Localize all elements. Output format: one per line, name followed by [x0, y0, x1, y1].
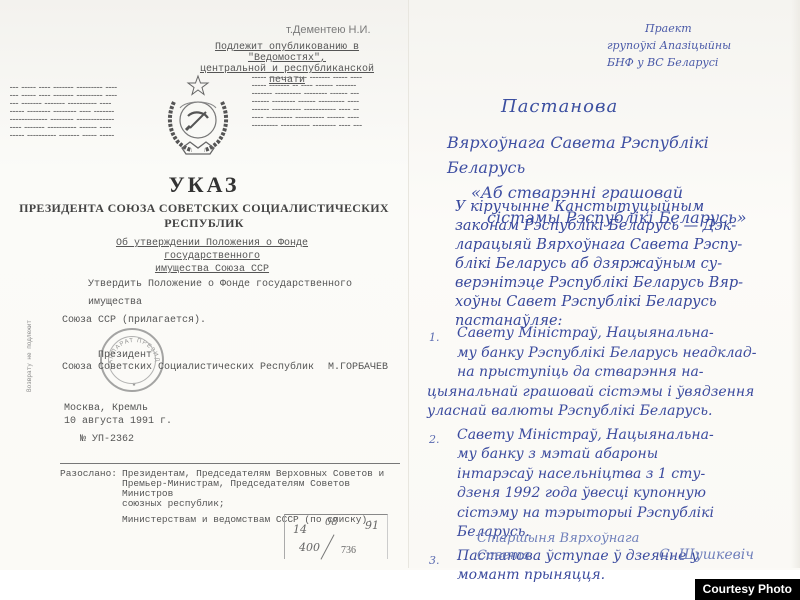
item-line: сістэму на тэрыторыі Рэспублікі [457, 504, 714, 524]
distribution-item: союзных республик; [122, 499, 400, 509]
preamble-line: блікі Беларусь аб дзяржаўным су- [455, 255, 743, 274]
date: 10 августа 1991 г. [64, 415, 172, 428]
item-line: момант прыняцця. [457, 566, 699, 586]
signatory-org: Союза Советских Социалистических Республ… [62, 362, 314, 374]
signoff-signature: С. Шушкевіч [659, 547, 754, 563]
decree-subtitle: ПРЕЗИДЕНТА СОЮЗА СОВЕТСКИХ СОЦИАЛИСТИЧЕС… [0, 201, 408, 231]
decree-body-line: Союза ССР (прилагается). [62, 315, 206, 326]
preamble-line: У кіручынне Канстытуцыйным [455, 198, 743, 217]
item-line: на прыступіць да стварэння на- [457, 363, 756, 383]
distribution-item: Премьер-Министрам, Председателям Советов… [122, 479, 400, 499]
place-and-date: Москва, Кремль 10 августа 1991 г. № УП-2… [64, 402, 172, 446]
project-note-line: групоўкі Апазіцыйны [607, 37, 731, 54]
registration-day: 14 [293, 523, 307, 536]
item-number: 2. [429, 426, 457, 543]
registration-year: 91 [365, 519, 379, 532]
registration-box: 14 08 91 400 736 [284, 514, 388, 559]
resolution-subtitle-line: Беларусь [447, 155, 747, 180]
signoff-line: Савета [477, 547, 639, 564]
item-line: Савету Міністраў, Нацыянальна- [457, 324, 756, 344]
registration-month: 08 [325, 517, 338, 528]
item-line: цыянальнай грашовай сістэмы і ўвядзення [427, 383, 756, 403]
project-note-line: Праект [607, 20, 731, 37]
project-note-line: БНФ у ВС Беларусі [607, 54, 731, 71]
faint-reverse-text: ▬▬▬▬▬ ▬▬▬▬▬▬▬▬ ▬▬▬▬ ▬▬▬▬▬▬▬ ▬▬▬▬▬ ▬▬▬▬ ▬… [252, 74, 380, 136]
preamble-line: хоўны Савет Рэспублікі Беларусь [455, 293, 743, 312]
resolution-item: 2. Савету Міністраў, Нацыянальна- му бан… [429, 426, 756, 543]
registration-number: 736 [341, 545, 356, 556]
signature-block: Президент Союза Советских Социалистическ… [62, 350, 388, 374]
publish-note-line: Подлежит опубликованию в "Ведомостях", [192, 42, 382, 64]
decree-number: № УП-2362 [64, 433, 172, 446]
distribution-label: Разослано: [60, 469, 122, 525]
signatory-name: М.ГОРБАЧЕВ [328, 362, 388, 374]
registration-slash [320, 534, 334, 559]
signoff: Старшыня Вярхоўнага Савета [477, 530, 639, 564]
decree-heading: Об утверждении Положения о Фонде государ… [82, 237, 342, 276]
faint-reverse-text: ▬▬▬ ▬▬▬▬▬ ▬▬▬▬ ▬▬▬▬▬▬▬ ▬▬▬▬▬▬▬▬▬ ▬▬▬▬ ▬▬… [10, 84, 145, 146]
signatory-title: Президент [62, 350, 388, 362]
svg-text:★: ★ [132, 382, 137, 388]
project-note: Праект групоўкі Апазіцыйны БНФ у ВС Бела… [607, 20, 731, 71]
addressee-note: т.Дементею Н.И. [286, 24, 371, 36]
decree-page: т.Дементею Н.И. Подлежит опубликованию в… [0, 0, 408, 568]
decree-title: УКАЗ [0, 172, 408, 198]
decree-heading-line: Об утверждении Положения о Фонде государ… [82, 237, 342, 263]
ussr-coat-of-arms-icon [160, 72, 236, 162]
resolution-subtitle-line: Вярхоўнага Савета Рэспублікі [447, 130, 747, 155]
registration-prefix: 400 [299, 541, 320, 554]
resolution-title: Пастанова [501, 96, 618, 117]
document-photo: т.Дементею Н.И. Подлежит опубликованию в… [0, 0, 800, 570]
item-line: му банку Рэспублікі Беларусь неадклад- [457, 344, 756, 364]
decree-body: Утвердить Положение о Фонде государствен… [62, 276, 382, 330]
preamble-line: ларацыяй Вярхоўнага Савета Рэспу- [455, 236, 743, 255]
preamble-line: законам Рэспублікі Беларусь — Дэк- [455, 217, 743, 236]
decree-body-line: Утвердить Положение о Фонде государствен… [62, 276, 382, 312]
margin-note: Возврату не подлежит [26, 320, 33, 392]
resolution-item: 1. Савету Міністраў, Нацыянальна- му бан… [429, 324, 756, 422]
decree-heading-line: имущества Союза ССР [82, 263, 342, 276]
preamble-line: верэнітэце Рэспублікі Беларусь Вяр- [455, 274, 743, 293]
photo-credit-badge: Courtesy Photo [695, 579, 800, 600]
place: Москва, Кремль [64, 402, 172, 415]
item-number: 3. [429, 547, 457, 586]
item-line: Савету Міністраў, Нацыянальна- [457, 426, 714, 446]
item-line: інтарэсаў насельніцтва з 1 сту- [457, 465, 714, 485]
item-line: уласнай валюты Рэспублікі Беларусь. [427, 402, 756, 422]
resolution-preamble: У кіручынне Канстытуцыйным законам Рэспу… [455, 198, 743, 331]
item-line: му банку з мэтай абароны [457, 445, 714, 465]
handwritten-page: Праект групоўкі Апазіцыйны БНФ у ВС Бела… [408, 0, 800, 568]
item-line: дзеня 1992 года ўвесці купонную [457, 484, 714, 504]
signoff-line: Старшыня Вярхоўнага [477, 530, 639, 547]
